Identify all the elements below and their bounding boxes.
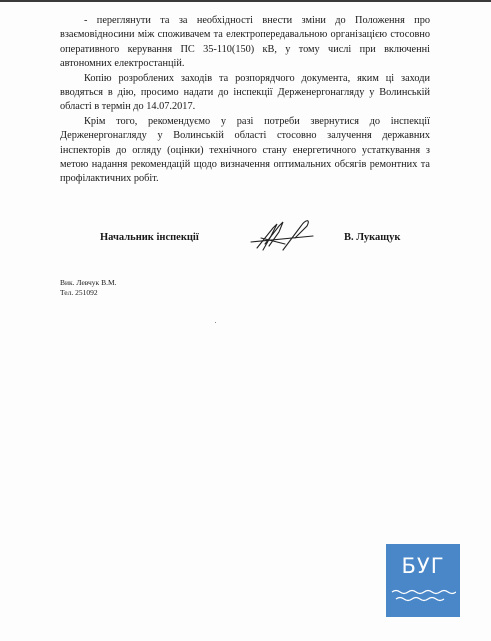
signature-block: Начальник інспекції В. Лукащук: [0, 224, 491, 254]
waves-icon: [390, 588, 456, 604]
bug-watermark-logo: БУГ: [386, 544, 460, 617]
handwritten-signature-icon: [243, 214, 323, 264]
signatory-name: В. Лукащук: [344, 232, 400, 243]
logo-label: БУГ: [386, 554, 460, 578]
signatory-title: Начальник інспекції: [100, 232, 199, 243]
document-body: - переглянути та за необхідності внести …: [60, 14, 430, 187]
paragraph-3: Крім того, рекомендуємо у разі потреби з…: [60, 115, 430, 187]
executor-name: Вик. Левчук В.М.: [60, 278, 117, 288]
paragraph-2: Копію розроблених заходів та розпорядчог…: [60, 72, 430, 115]
executor-phone: Тел. 251092: [60, 288, 117, 298]
top-border: [0, 0, 491, 2]
scan-speck: [215, 322, 216, 323]
executor-info: Вик. Левчук В.М. Тел. 251092: [60, 278, 117, 298]
paragraph-1: - переглянути та за необхідності внести …: [60, 14, 430, 72]
